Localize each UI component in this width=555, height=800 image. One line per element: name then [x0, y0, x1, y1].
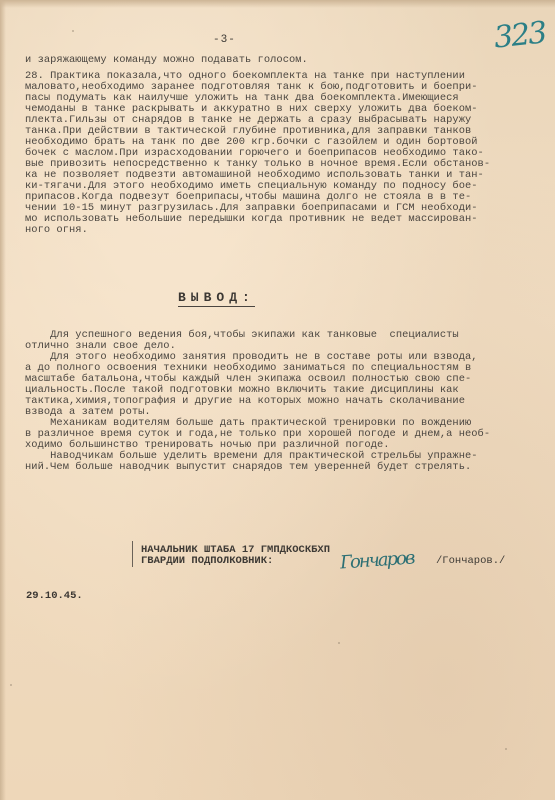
folio-stamp: 323 [492, 15, 547, 55]
page-number: -3- [213, 34, 236, 46]
paper-speck [10, 684, 12, 686]
signatory-name: /Гончаров./ [436, 555, 505, 567]
paper-edge-top [0, 0, 555, 8]
signature-margin-line [132, 541, 133, 567]
paper-speck [338, 642, 340, 644]
paper-speck [72, 30, 74, 32]
document-date: 29.10.45. [26, 590, 83, 602]
text-line: ного огня. [25, 225, 88, 236]
text-line: ний.Чем больше наводчик выпустит снарядо… [25, 462, 471, 473]
paper-edge-left [0, 0, 6, 800]
paper-speck [505, 748, 507, 750]
signatory-rank: ГВАРДИИ ПОДПОЛКОВНИК: [141, 556, 273, 567]
conclusion-heading: ВЫВОД: [178, 290, 255, 307]
text-line: и заряжающему команду можно подавать гол… [25, 55, 308, 66]
text-line: мо использовать небольшие передышки когд… [25, 214, 478, 225]
